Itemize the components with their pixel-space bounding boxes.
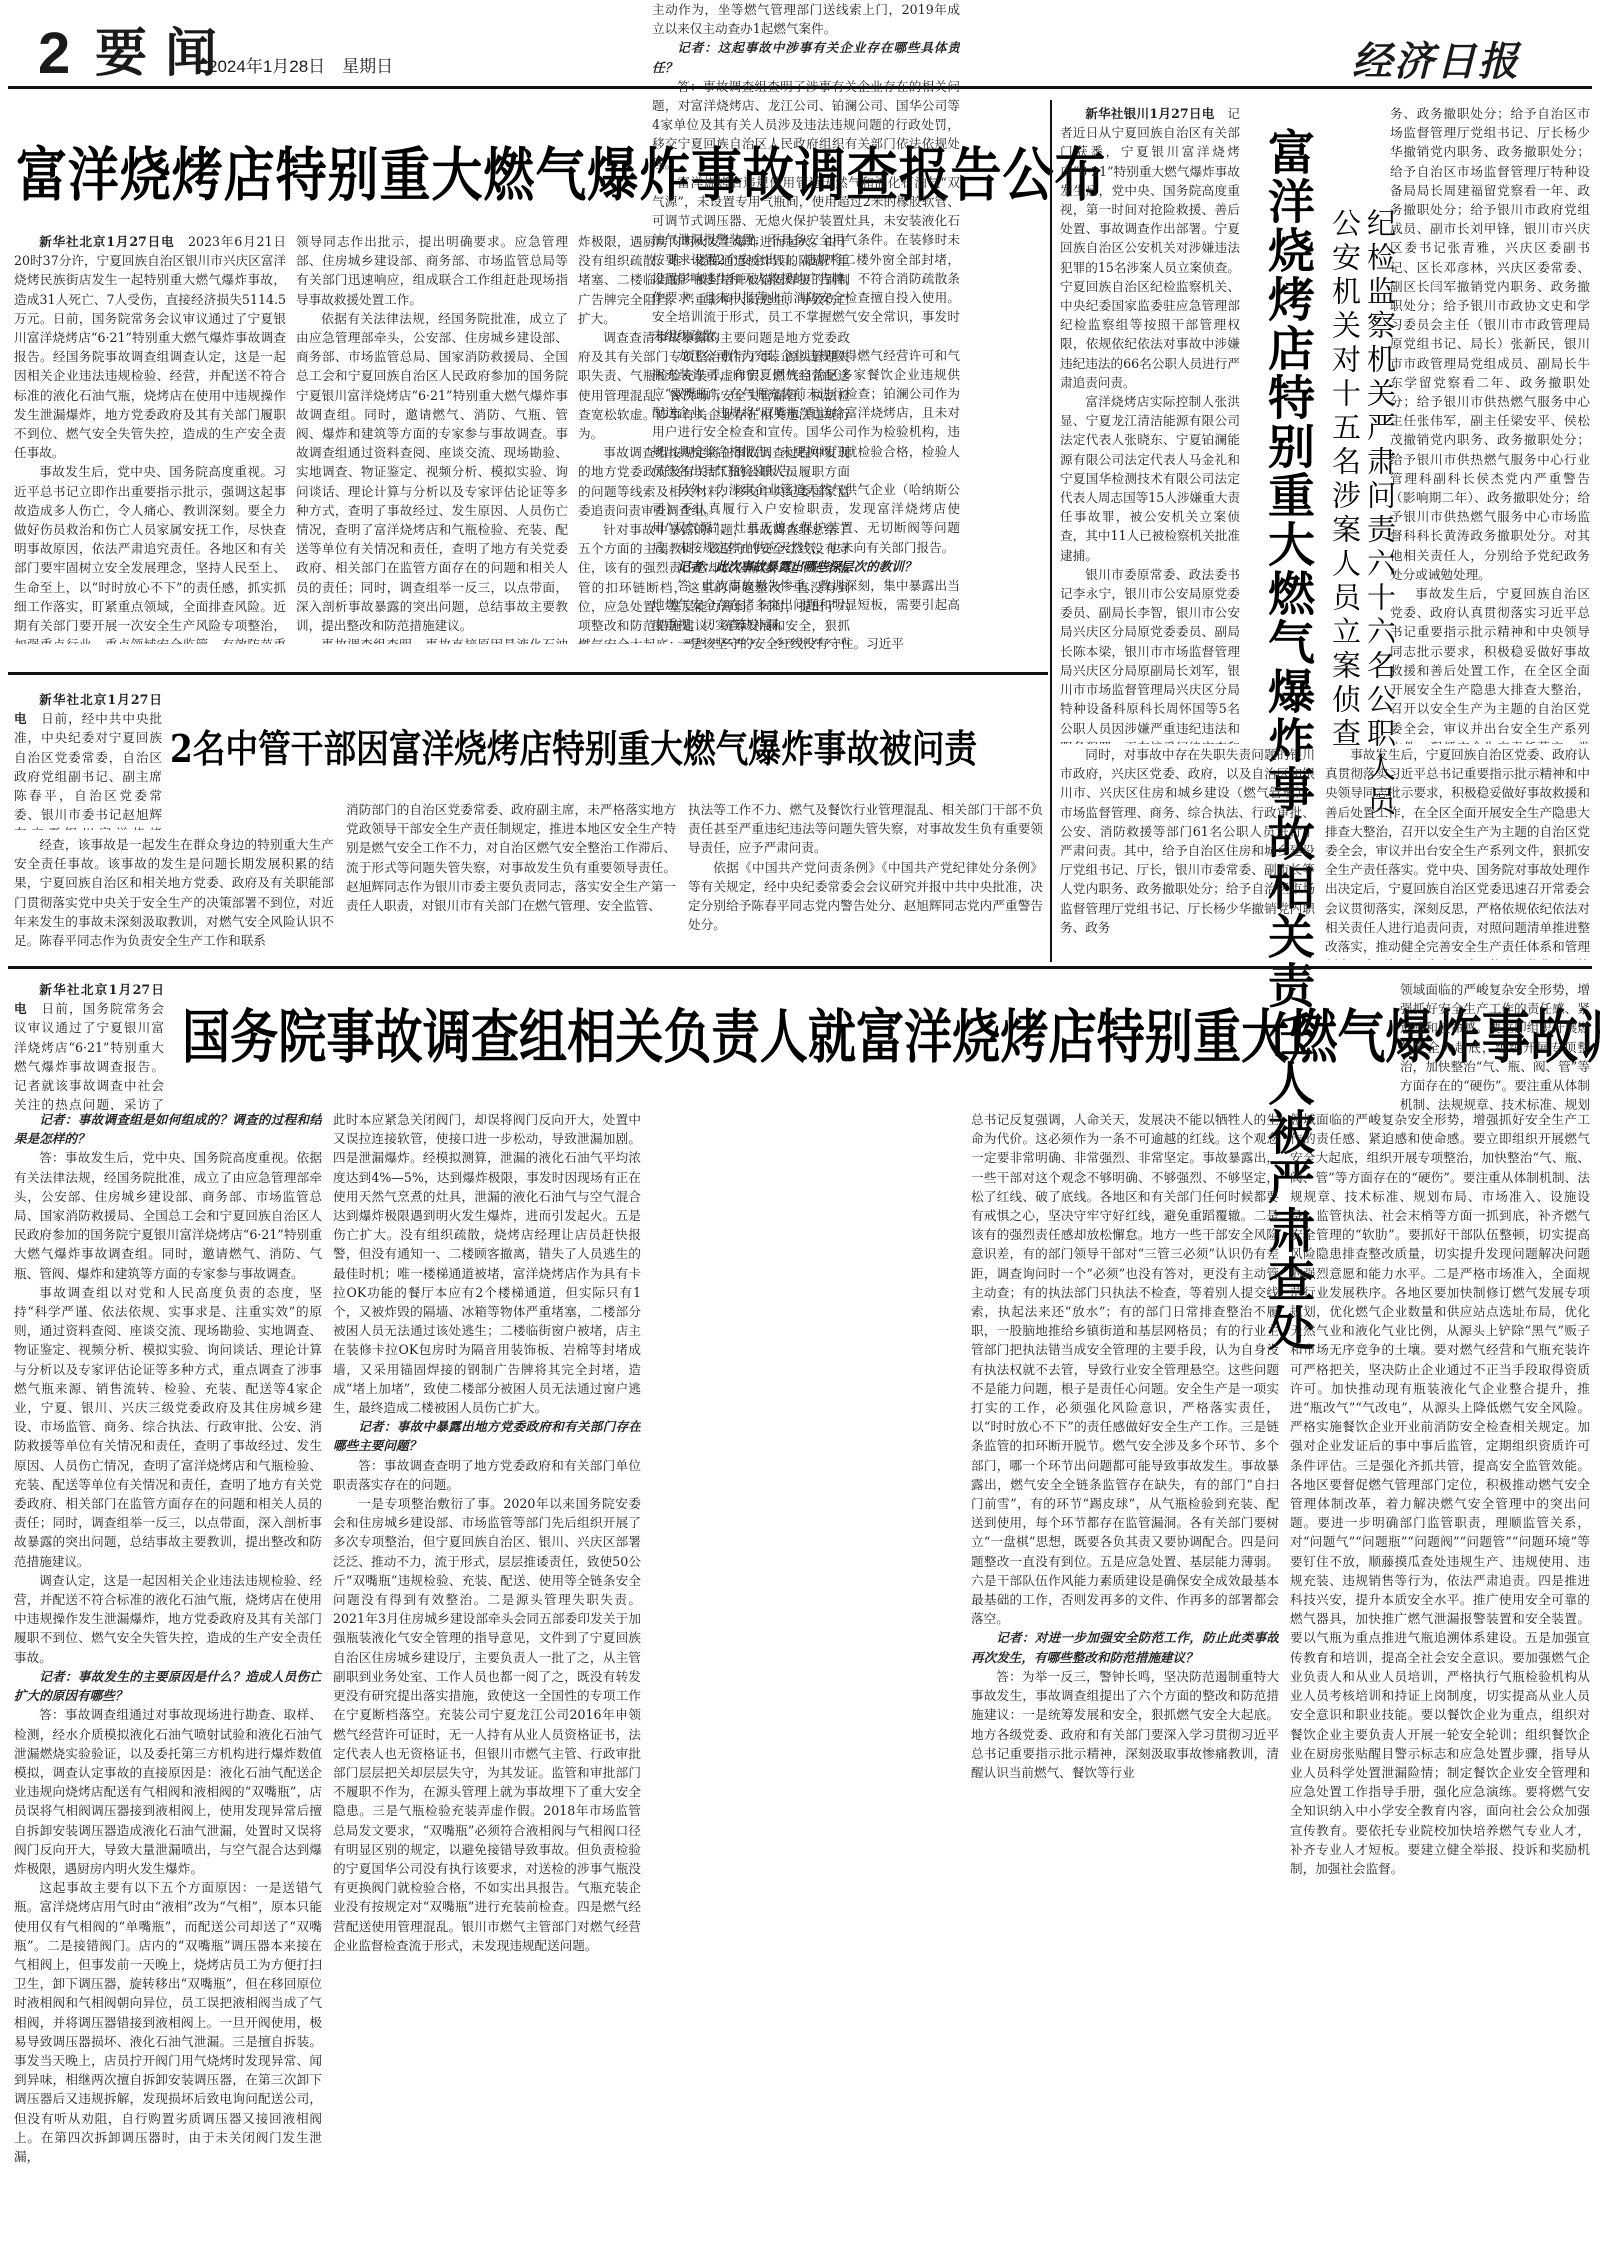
question-6: 记者：对进一步加强安全防范工作，防止此类事故再次发生，有哪些整改和防范措施建议？ <box>971 1628 1279 1666</box>
article3-column-2: 此时本应紧急关闭阀门，却误将阀门反向开大，处置中又误拉连接软管，使接口进一步松动… <box>333 1110 641 2260</box>
question-4: 记者：这起事故中涉事有关企业存在哪些具体责任？ <box>652 38 960 76</box>
page-number: 2 <box>38 24 70 84</box>
question-1: 记者：事故调查组是如何组成的？调查的过程和结果是怎样的？ <box>14 1110 322 1148</box>
article3-column-5: 领域面临的严峻复杂安全形势，增强抓好安全生产工作的责任感、紧迫感和使命感。要立即… <box>1290 1110 1590 2260</box>
question-3: 记者：事故中暴露出地方党委政府和有关部门存在哪些主要问题？ <box>333 1417 641 1455</box>
question-2: 记者：事故发生的主要原因是什么？造成人员伤亡扩大的原因有哪些？ <box>14 1667 322 1705</box>
side-article-column-4: 事故发生后，宁夏回族自治区党委、政府认真贯彻落实习近平总书记重要指示批示精神和中… <box>1325 745 1590 960</box>
article3-column-5-top: 领域面临的严峻复杂安全形势，增强抓好安全生产工作的责任感、紧迫感和使命感。要立即… <box>1400 980 1590 1110</box>
side-article-column-1: 新华社银川1月27日电 记者近日从宁夏回族自治区有关部门获悉，宁夏银川富洋烧烤店… <box>1060 104 1240 744</box>
article3-column-1: 记者：事故调查组是如何组成的？调查的过程和结果是怎样的？ 答：事故发生后，党中央… <box>14 1110 322 2260</box>
side-article-column-3: 同时，对事故中存在失职失责问题的银川市政府，兴庆区党委、政府，以及自治区和银川市… <box>1060 745 1315 960</box>
article1-column-1: 新华社北京1月27日电 2023年6月21日20时37分许，宁夏回族自治区银川市… <box>14 232 286 644</box>
article2-column-3: 消防部门的自治区党委常委、政府副主席，未严格落实地方党政领导干部安全生产责任制规… <box>346 800 676 960</box>
question-5: 记者：此次事故暴露出哪些深层次的教训？ <box>652 557 960 576</box>
side-article-column-2: 务、政务撤职处分；给予自治区市场监督管理厅党组书记、厅长杨少华撤销党内职务、政务… <box>1390 104 1590 744</box>
column-divider <box>1050 100 1052 962</box>
article1-column-2: 领导同志作出批示，提出明确要求。应急管理部、住房城乡建设部、商务部、市场监管总局… <box>296 232 568 644</box>
article3-column-4: 总书记反复强调，人命关天，发展决不能以牺牲人的生命为代价。这必须作为一条不可逾越… <box>971 1110 1279 2260</box>
article2-column-2: 经查，该事故是一起发生在群众身边的特别重大生产安全责任事故。该事故的发生是问题长… <box>14 835 334 960</box>
article2-column-1: 新华社北京1月27日电 日前，经中共中央批准，中央纪委对宁夏回族自治区党委常委，… <box>14 690 162 830</box>
article3-column-3: 主动作为，坐等燃气管理部门送线索上门，2019年成立以来仅主动查办1起燃气案件。… <box>652 0 960 1150</box>
article1-dateline: 新华社北京1月27日电 <box>39 234 174 249</box>
side-article-dateline: 新华社银川1月27日电 <box>1085 106 1214 121</box>
article3-intro: 新华社北京1月27日电 日前，国务院常务会议审议通过了宁夏银川富洋烧烤店“6·2… <box>14 980 164 1110</box>
issue-date: 2024年1月28日 星期日 <box>208 52 393 77</box>
newspaper-logo: 经济日报 <box>1352 30 1520 87</box>
